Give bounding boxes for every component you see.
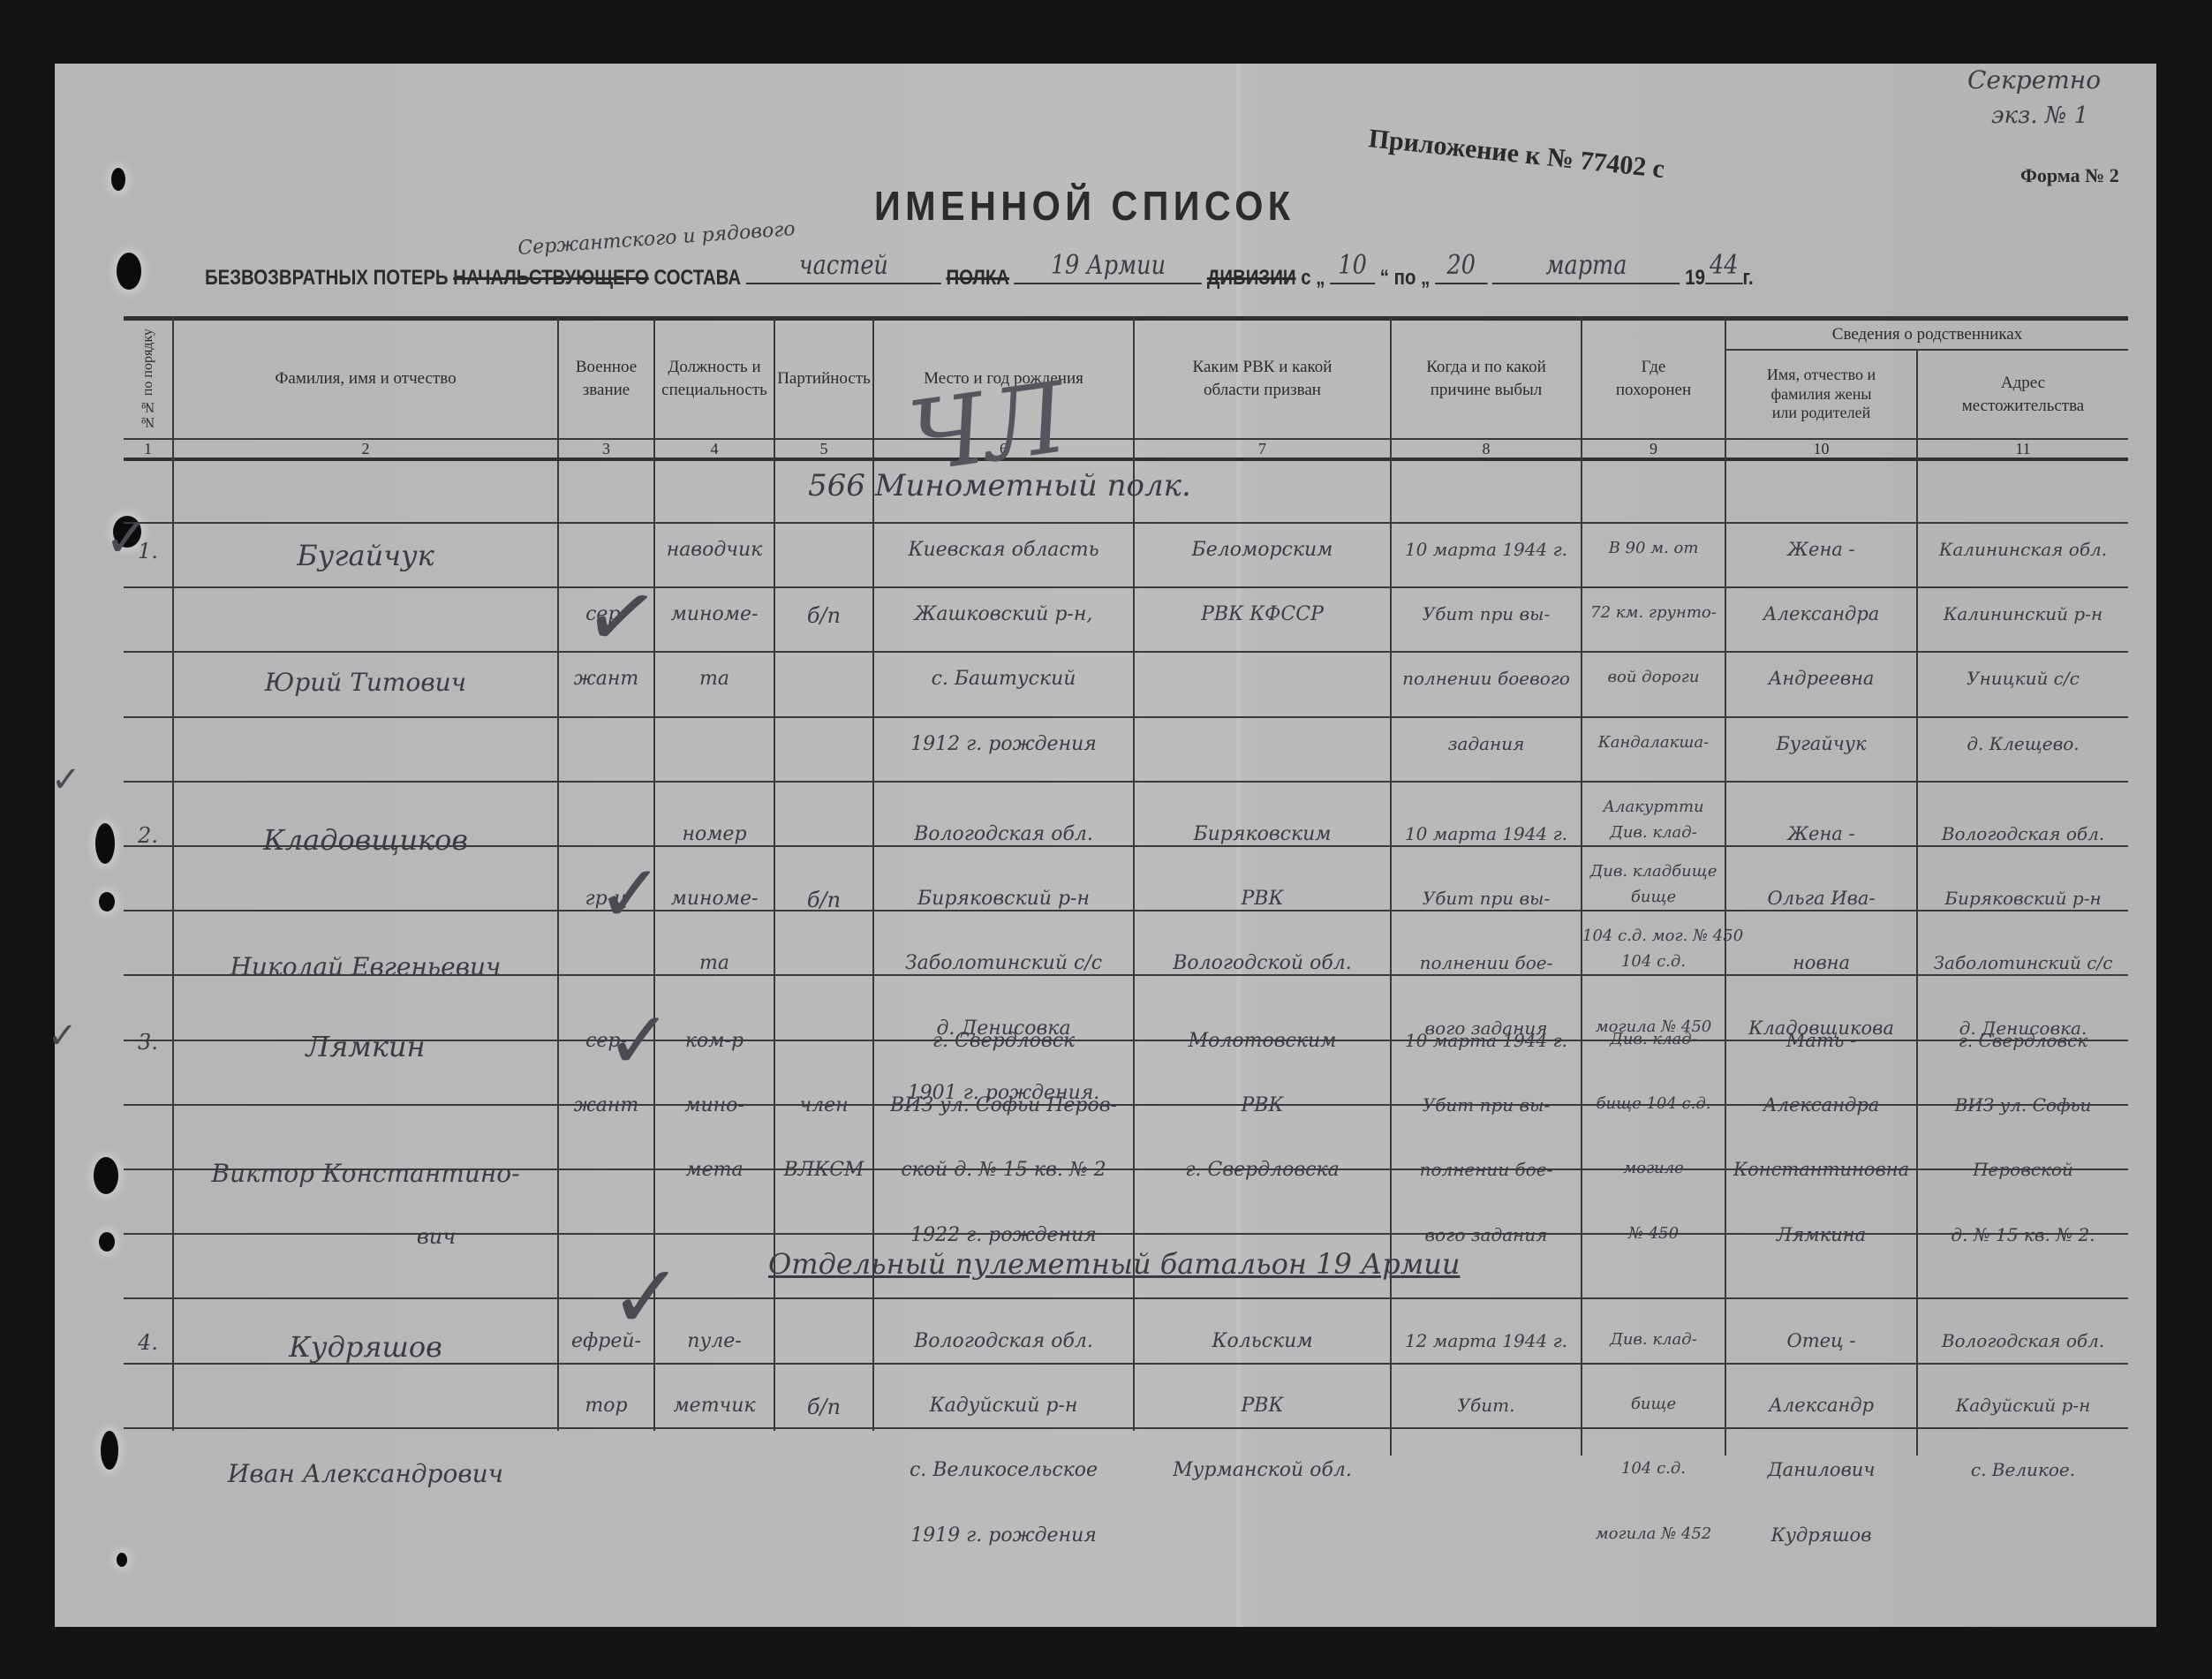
relative: Александра xyxy=(1726,603,1916,624)
birthplace: с. Великосельское xyxy=(874,1459,1133,1481)
ruled-line xyxy=(124,1297,2128,1299)
burial-place: могила № 452 xyxy=(1582,1524,1725,1543)
position: миноме- xyxy=(655,603,774,625)
relative: Александр xyxy=(1726,1395,1916,1416)
relative: Отец - xyxy=(1726,1330,1916,1351)
relative: Ольга Ива- xyxy=(1726,888,1916,909)
section-title: 566 Минометный полк. xyxy=(808,468,1191,503)
relative: Александра xyxy=(1726,1094,1916,1116)
position: мета xyxy=(655,1159,774,1181)
header-col-11: Адрес местожительства xyxy=(1918,351,2128,438)
header-col-7: Каким РВК и какой области призван xyxy=(1135,320,1390,438)
subtitle-text: БЕЗВОЗВРАТНЫХ ПОТЕРЬ xyxy=(205,266,448,290)
column-number: 2 xyxy=(174,440,557,458)
address: Калининская обл. xyxy=(1918,539,2128,560)
punch-hole xyxy=(101,1431,118,1470)
party: б/п xyxy=(775,888,872,912)
column-number: 1 xyxy=(124,440,172,458)
birthplace: Биряковский р-н xyxy=(874,888,1133,910)
relative: Данилович xyxy=(1726,1459,1916,1480)
ruled-line xyxy=(124,586,2128,588)
position: та xyxy=(655,668,774,690)
death-info: 10 марта 1944 г. xyxy=(1392,823,1581,844)
birthplace: ской д. № 15 кв. № 2 xyxy=(874,1159,1133,1181)
col-divider xyxy=(1725,316,1726,1456)
relative: Андреевна xyxy=(1726,668,1916,689)
check-mark-icon: ✓ xyxy=(48,1016,78,1056)
subtitle-text: г. xyxy=(1743,266,1754,290)
check-mark-icon: ✓ xyxy=(51,760,81,800)
given-name: Иван Александрович xyxy=(174,1459,557,1488)
death-info: вого задания xyxy=(1392,1224,1581,1245)
relative: Жена - xyxy=(1726,539,1916,560)
check-mark-icon: ✓ xyxy=(609,1245,683,1349)
column-number: 5 xyxy=(775,440,872,458)
burial-place: могиле xyxy=(1582,1159,1725,1177)
death-info: Убит при вы- xyxy=(1392,603,1581,624)
address: с. Великое. xyxy=(1918,1459,2128,1480)
position: ком-р xyxy=(655,1030,774,1052)
check-mark-icon: ✓ xyxy=(104,508,148,570)
struck-text: ПОЛКА xyxy=(946,266,1009,290)
burial-place: Кандалакша- xyxy=(1582,733,1725,752)
birthplace: Киевская область xyxy=(874,539,1133,561)
draft-office: РВК xyxy=(1135,1094,1390,1116)
death-info: полнении боевого xyxy=(1392,668,1581,689)
surname: Кудряшов xyxy=(174,1330,557,1364)
burial-place: Алакуртти xyxy=(1582,798,1725,816)
surname: Лямкин xyxy=(174,1030,557,1063)
death-info: 10 марта 1944 г. xyxy=(1392,1030,1581,1051)
relative: Кудряшов xyxy=(1726,1524,1916,1546)
burial-place: бище xyxy=(1582,1395,1725,1413)
year-field: 44 xyxy=(1705,256,1743,284)
burial-place: 104 с.д. xyxy=(1582,1459,1725,1478)
death-info: полнении бое- xyxy=(1392,1159,1581,1180)
burial-place: 104 с.д. мог. № 450 xyxy=(1582,926,1725,945)
death-info: Убит при вы- xyxy=(1392,1094,1581,1116)
relative: новна xyxy=(1726,952,1916,973)
header-col-4: Должность и специальность xyxy=(655,320,774,438)
draft-office: Мурманской обл. xyxy=(1135,1459,1390,1481)
birthplace: Вологодская обл. xyxy=(874,823,1133,845)
document-subtitle: БЕЗВОЗВРАТНЫХ ПОТЕРЬ НАЧАЛЬСТВУЮЩЕГО СОС… xyxy=(205,256,1754,291)
army-field: 19 Армии xyxy=(1015,256,1203,284)
birthplace: Кадуйский р-н xyxy=(874,1395,1133,1417)
to-day-field: 20 xyxy=(1435,256,1488,284)
burial-place: Див. клад- xyxy=(1582,1330,1725,1349)
given-name: Николай Евгеньевич xyxy=(174,952,557,981)
draft-office: г. Свердловска xyxy=(1135,1159,1390,1181)
draft-office: Вологодской обл. xyxy=(1135,952,1390,974)
header-col-5: Партийность xyxy=(775,320,872,438)
ruled-line xyxy=(124,651,2128,653)
ruled-line xyxy=(124,716,2128,718)
column-number: 9 xyxy=(1582,440,1725,458)
subtitle-text: с „ xyxy=(1301,266,1325,290)
given-name: Юрий Титович xyxy=(174,668,557,697)
rank: тор xyxy=(559,1395,653,1417)
burial-place: бище xyxy=(1582,888,1725,906)
death-info: 10 марта 1944 г. xyxy=(1392,539,1581,560)
secrecy-label: Секретно xyxy=(1967,65,2101,95)
punch-hole xyxy=(117,253,141,290)
burial-place: Див. кладбище xyxy=(1582,862,1725,881)
units-value: частей xyxy=(746,250,941,281)
row-number: 4. xyxy=(124,1330,172,1355)
month-value: марта xyxy=(1492,250,1680,281)
address: Уницкий с/с xyxy=(1918,668,2128,689)
party: член xyxy=(775,1094,872,1116)
punch-hole xyxy=(117,1553,127,1567)
given-name-cont: вич xyxy=(245,1224,628,1249)
draft-office: РВК xyxy=(1135,1395,1390,1417)
col-divider xyxy=(1581,316,1582,1456)
birthplace: ВИЗ ул. Софьи Перов- xyxy=(874,1094,1133,1116)
column-number: 8 xyxy=(1392,440,1581,458)
column-number: 11 xyxy=(1918,440,2128,458)
ruled-line xyxy=(124,910,2128,911)
header-text: №№ по порядку xyxy=(139,329,158,429)
header-col-1: №№ по порядку xyxy=(124,320,172,438)
burial-place: Див. клад- xyxy=(1582,823,1725,842)
death-info: 12 марта 1944 г. xyxy=(1392,1330,1581,1351)
burial-place: № 450 xyxy=(1582,1224,1725,1243)
draft-office: Кольским xyxy=(1135,1330,1390,1352)
col-divider xyxy=(172,316,174,1431)
army-value: 19 Армии xyxy=(1015,250,1203,281)
header-col-9: Где похоронен xyxy=(1582,320,1725,438)
year-value: 44 xyxy=(1705,250,1743,281)
header-col-3: Военное звание xyxy=(559,320,653,438)
rank: жант xyxy=(559,1094,653,1116)
given-name: Виктор Константино- xyxy=(174,1159,557,1188)
burial-place: В 90 м. от xyxy=(1582,539,1725,557)
surname: Кладовщиков xyxy=(174,823,557,857)
birthplace: 1919 г. рождения xyxy=(874,1524,1133,1547)
col-divider xyxy=(557,316,559,1431)
death-info: Убит. xyxy=(1392,1395,1581,1416)
address: Кадуйский р-н xyxy=(1918,1395,2128,1416)
check-mark-icon: ✓ xyxy=(597,848,663,941)
burial-place: вой дороги xyxy=(1582,668,1725,686)
position: та xyxy=(655,952,774,974)
to-day-value: 20 xyxy=(1435,250,1488,281)
address: Калининский р-н xyxy=(1918,603,2128,624)
burial-place: 72 км. грунто- xyxy=(1582,603,1725,622)
address: Биряковский р-н xyxy=(1918,888,2128,909)
party: б/п xyxy=(775,603,872,628)
ruled-line xyxy=(124,781,2128,783)
position: мино- xyxy=(655,1094,774,1116)
position: номер xyxy=(655,823,774,845)
punch-hole xyxy=(111,168,125,191)
address: Заболотинский с/с xyxy=(1918,952,2128,973)
header-col-10: Имя, отчество и фамилия жены или родител… xyxy=(1726,351,1916,438)
header-group-relatives: Сведения о родственниках xyxy=(1726,320,2128,349)
relative: Бугайчук xyxy=(1726,733,1916,754)
draft-office: Биряковским xyxy=(1135,823,1390,845)
form-label: Форма № 2 xyxy=(2020,164,2119,187)
page-title: ИМЕННОЙ СПИСОК xyxy=(874,182,1295,230)
col-divider xyxy=(1390,316,1392,1456)
death-info: задания xyxy=(1392,733,1581,754)
birthplace: Заболотинский с/с xyxy=(874,952,1133,974)
month-field: марта xyxy=(1492,256,1680,284)
birthplace: 1922 г. рождения xyxy=(874,1224,1133,1246)
row-number: 2. xyxy=(124,823,172,848)
from-day-value: 10 xyxy=(1330,250,1375,281)
relative: Жена - xyxy=(1726,823,1916,844)
struck-text: ДИВИЗИИ xyxy=(1207,266,1296,290)
subtitle-text: СОСТАВА xyxy=(653,266,741,290)
address: Вологодская обл. xyxy=(1918,1330,2128,1351)
position: метчик xyxy=(655,1395,774,1417)
draft-office: РВК xyxy=(1135,888,1390,910)
draft-office: РВК КФССР xyxy=(1135,603,1390,625)
relative: Лямкина xyxy=(1726,1224,1916,1245)
row-number: 3. xyxy=(124,1030,172,1055)
punch-hole xyxy=(99,1232,115,1252)
struck-text: НАЧАЛЬСТВУЮЩЕГО xyxy=(453,266,649,290)
relative: Константиновна xyxy=(1726,1159,1916,1180)
subtitle-text: 19 xyxy=(1685,266,1705,290)
birthplace: г. Свердловск xyxy=(874,1030,1133,1052)
birthplace: с. Баштуский xyxy=(874,668,1133,690)
header-col-8: Когда и по какой причине выбыл xyxy=(1392,320,1581,438)
units-field: частей xyxy=(746,256,941,284)
copy-number: экз. № 1 xyxy=(1991,102,2088,129)
relative: Мать - xyxy=(1726,1030,1916,1051)
death-info: полнении бое- xyxy=(1392,952,1581,973)
check-mark-icon: ✓ xyxy=(606,995,672,1087)
death-info: Убит при вы- xyxy=(1392,888,1581,909)
burial-place: бище 104 с.д. xyxy=(1582,1094,1725,1113)
burial-place: 104 с.д. xyxy=(1582,952,1725,971)
punch-hole xyxy=(94,1157,118,1194)
punch-hole xyxy=(95,823,115,864)
address: д. № 15 кв. № 2. xyxy=(1918,1224,2128,1245)
subtitle-text: “ по „ xyxy=(1380,266,1431,290)
address: ВИЗ ул. Софьи xyxy=(1918,1094,2128,1116)
ruled-line xyxy=(124,522,2128,524)
column-number: 3 xyxy=(559,440,653,458)
address: Перовской xyxy=(1918,1159,2128,1180)
ruled-line xyxy=(124,1427,2128,1429)
surname: Бугайчук xyxy=(174,539,557,572)
section-title: Отдельный пулеметный батальон 19 Армии xyxy=(768,1247,1460,1281)
punch-hole xyxy=(99,892,115,911)
column-number: 10 xyxy=(1726,440,1916,458)
draft-office: Молотовским xyxy=(1135,1030,1390,1052)
address: д. Клещево. xyxy=(1918,733,2128,754)
address: Вологодская обл. xyxy=(1918,823,2128,844)
birthplace: Вологодская обл. xyxy=(874,1330,1133,1352)
party: б/п xyxy=(775,1395,872,1419)
position: наводчик xyxy=(655,539,774,561)
burial-place: Див. клад- xyxy=(1582,1030,1725,1048)
birthplace: Жашковский р-н, xyxy=(874,603,1133,625)
party: ВЛКСМ xyxy=(775,1159,872,1181)
header-col-2: Фамилия, имя и отчество xyxy=(174,320,557,438)
position: миноме- xyxy=(655,888,774,910)
from-day-field: 10 xyxy=(1330,256,1375,284)
draft-office: Беломорским xyxy=(1135,539,1390,561)
column-number: 7 xyxy=(1135,440,1390,458)
address: г. Свердловск xyxy=(1918,1030,2128,1051)
column-number: 4 xyxy=(655,440,774,458)
birthplace: 1912 г. рождения xyxy=(874,733,1133,755)
